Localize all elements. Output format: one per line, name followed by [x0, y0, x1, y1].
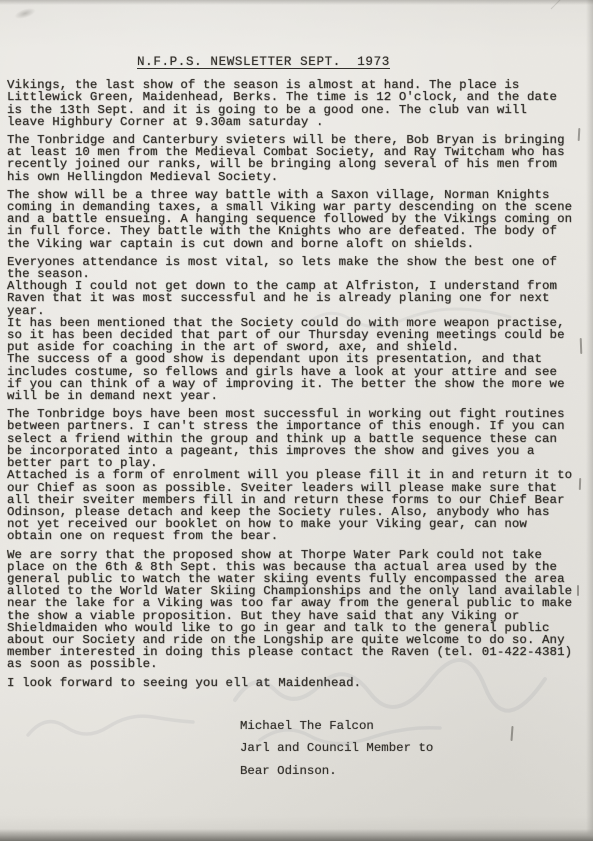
- smudge-mark: [13, 6, 37, 21]
- signature-role: Jarl and Council Member to: [240, 737, 585, 760]
- show-through-handwriting: [20, 690, 210, 770]
- paragraph-4: Everyones attendance is most vital, so l…: [7, 256, 585, 402]
- paragraph-6: We are sorry that the proposed show at T…: [7, 549, 585, 671]
- signature-name: Michael The Falcon: [240, 715, 585, 738]
- scan-edge-top: [0, 0, 593, 5]
- paragraph-3: The show will be a three way battle with…: [7, 189, 585, 250]
- paragraph-7: I look forward to seeing you ell at Maid…: [7, 677, 585, 689]
- paragraph-1: Vikings, the last show of the season is …: [7, 79, 585, 128]
- signature-block: Michael The Falcon Jarl and Council Memb…: [240, 715, 585, 783]
- scan-edge-right: [586, 0, 593, 841]
- newsletter-title: N.F.P.S. NEWSLETTER SEPT. 1973: [137, 56, 585, 68]
- scan-edge-bottom: [0, 829, 593, 841]
- corner-fold-mark: [551, 0, 593, 42]
- newsletter-page: N.F.P.S. NEWSLETTER SEPT. 1973 Vikings, …: [0, 0, 593, 841]
- signature-addressee: Bear Odinson.: [240, 760, 585, 783]
- newsletter-body: Vikings, the last show of the season is …: [7, 79, 585, 689]
- paragraph-2: The Tonbridge and Canterbury svieters wi…: [7, 134, 585, 183]
- paragraph-5: The Tonbridge boys have been most succes…: [7, 408, 585, 542]
